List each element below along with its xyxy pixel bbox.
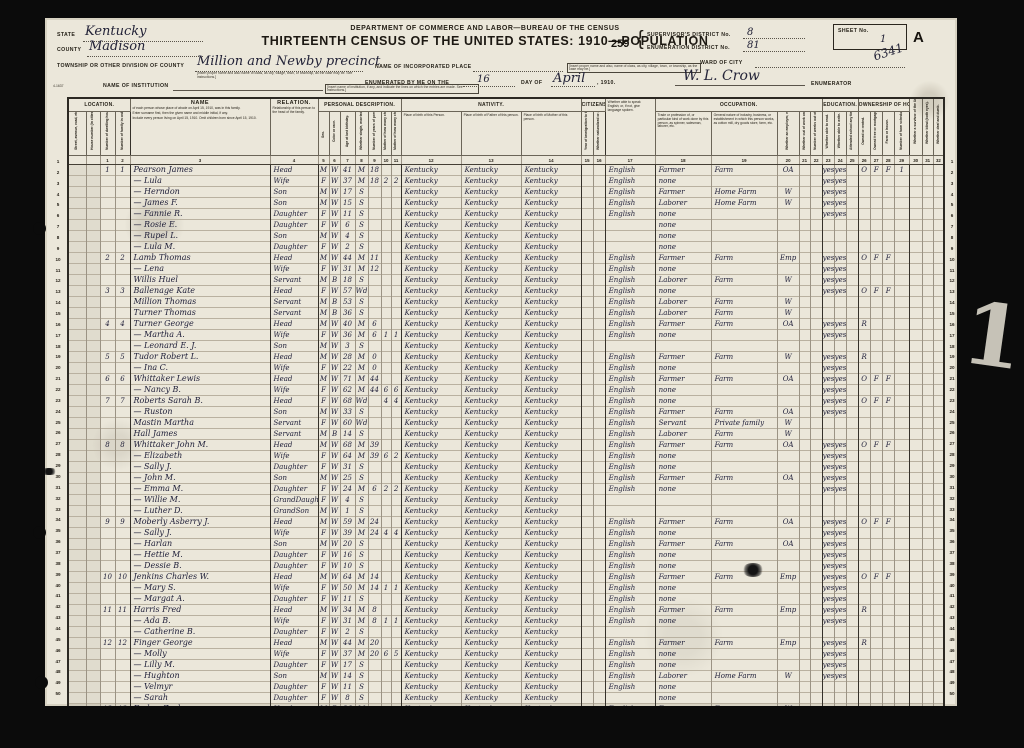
column-number: 22 — [810, 156, 822, 165]
cell-out — [799, 682, 810, 693]
cell-emp: W — [777, 275, 799, 286]
cell-age: 31 — [340, 462, 355, 473]
cell-eng: English — [605, 187, 655, 198]
cell-house — [86, 462, 100, 473]
cell-pom: Kentucky — [521, 704, 581, 707]
line-number: 33 — [51, 505, 65, 516]
cell-read: yes — [822, 561, 834, 572]
cell-sex: M — [318, 297, 329, 308]
cell-col: W — [329, 506, 340, 517]
cell-street — [68, 209, 86, 220]
cell-street — [68, 605, 86, 616]
cell-yrs: 20 — [368, 649, 381, 660]
cell-mar: S — [355, 506, 368, 517]
cell-ind — [711, 396, 777, 407]
table-row: 1212Finger GeorgeHeadMW44M20KentuckyKent… — [68, 638, 944, 649]
cell-sch — [846, 352, 858, 363]
cell-rel: Son — [270, 198, 318, 209]
cell-rel: Servant — [270, 308, 318, 319]
cell-vet — [909, 594, 922, 605]
cell-wk — [810, 561, 822, 572]
cell-fam — [115, 209, 130, 220]
cell-rel: Wife — [270, 649, 318, 660]
line-number: 44 — [945, 624, 957, 635]
cell-farm — [882, 385, 894, 396]
cell-street — [68, 253, 86, 264]
table-row: — Fannie R.DaughterFW11SKentuckyKentucky… — [68, 209, 944, 220]
column-number: 28 — [882, 156, 894, 165]
cell-pof: Kentucky — [461, 319, 521, 330]
cell-imm — [581, 451, 593, 462]
cell-wk — [810, 374, 822, 385]
cell-cl — [391, 275, 401, 286]
cell-own — [858, 649, 870, 660]
cell-yrs — [368, 594, 381, 605]
cell-pof: Kentucky — [461, 352, 521, 363]
cell-age: 2 — [340, 242, 355, 253]
column-header-farm-schedule: Number of farm schedule. — [894, 112, 909, 156]
cell-name: Tudor Robert L. — [130, 352, 270, 363]
cell-emp — [777, 550, 799, 561]
column-header-blind: Whether blind (both eyes). — [922, 98, 933, 156]
cell-wk — [810, 594, 822, 605]
cell-mar: S — [355, 462, 368, 473]
cell-write: yes — [834, 374, 846, 385]
cell-read — [822, 297, 834, 308]
cell-cb: 2 — [381, 176, 391, 187]
cell-read: yes — [822, 572, 834, 583]
cell-nat — [593, 297, 605, 308]
column-header-children-born: Mother of how many children: Number born… — [381, 112, 391, 156]
line-number: 32 — [945, 494, 957, 505]
line-number: 6 — [51, 211, 65, 222]
cell-own: O — [858, 440, 870, 451]
cell-sch — [846, 374, 858, 385]
cell-cl: 2 — [391, 176, 401, 187]
cell-write: yes — [834, 209, 846, 220]
cell-eng: English — [605, 297, 655, 308]
cell-ind — [711, 693, 777, 704]
cell-eng: English — [605, 583, 655, 594]
cell-vet — [909, 572, 922, 583]
cell-farm — [882, 693, 894, 704]
cell-yrs: 11 — [368, 253, 381, 264]
table-row: 22Lamb ThomasHeadMW44M11KentuckyKentucky… — [68, 253, 944, 264]
cell-sex: F — [318, 561, 329, 572]
cell-free — [870, 484, 882, 495]
cell-yrs — [368, 407, 381, 418]
cell-eng: English — [605, 473, 655, 484]
cell-ind: Farm — [711, 407, 777, 418]
cell-eng: English — [605, 605, 655, 616]
column-number: 2 — [115, 156, 130, 165]
line-number: 16 — [51, 320, 65, 331]
cell-ind — [711, 528, 777, 539]
cell-col: W — [329, 319, 340, 330]
cell-sch — [846, 264, 858, 275]
township-fineprint: [Insert proper name and also name of cla… — [197, 72, 367, 79]
cell-cl — [391, 319, 401, 330]
cell-street — [68, 330, 86, 341]
cell-rel: Daughter — [270, 627, 318, 638]
cell-rel: Daughter — [270, 682, 318, 693]
cell-ind — [711, 286, 777, 297]
cell-pom: Kentucky — [521, 187, 581, 198]
cell-cb — [381, 429, 391, 440]
cell-wk — [810, 451, 822, 462]
cell-ind: Farm — [711, 704, 777, 707]
cell-own — [858, 550, 870, 561]
cell-pof: Kentucky — [461, 308, 521, 319]
column-header-write: Whether able to write. — [834, 112, 846, 156]
cell-farm — [882, 330, 894, 341]
cell-age: 68 — [340, 440, 355, 451]
cell-house — [86, 627, 100, 638]
cell-cb — [381, 198, 391, 209]
table-row: — Sally J.DaughterFW31SKentuckyKentuckyK… — [68, 462, 944, 473]
cell-vet — [909, 209, 922, 220]
cell-eng: English — [605, 165, 655, 176]
cell-deaf — [933, 550, 944, 561]
cell-vet — [909, 671, 922, 682]
cell-age: 59 — [340, 517, 355, 528]
cell-free — [870, 473, 882, 484]
department-line: DEPARTMENT OF COMMERCE AND LABOR—BUREAU … — [295, 25, 675, 32]
cell-blind — [922, 374, 933, 385]
column-number: 14 — [521, 156, 581, 165]
cell-pof: Kentucky — [461, 407, 521, 418]
cell-free — [870, 660, 882, 671]
cell-deaf — [933, 660, 944, 671]
cell-occ: none — [655, 660, 711, 671]
cell-deaf — [933, 165, 944, 176]
cell-write — [834, 418, 846, 429]
cell-rel: Wife — [270, 451, 318, 462]
cell-write — [834, 242, 846, 253]
cell-out — [799, 671, 810, 682]
cell-nat — [593, 264, 605, 275]
cell-pof: Kentucky — [461, 660, 521, 671]
cell-sex: F — [318, 462, 329, 473]
cell-pof: Kentucky — [461, 253, 521, 264]
line-number: 45 — [945, 635, 957, 646]
cell-pof: Kentucky — [461, 550, 521, 561]
cell-wk — [810, 495, 822, 506]
cell-farm — [882, 462, 894, 473]
cell-blind — [922, 319, 933, 330]
cell-nat — [593, 704, 605, 707]
cell-imm — [581, 627, 593, 638]
cell-vet — [909, 407, 922, 418]
cell-pom: Kentucky — [521, 484, 581, 495]
cell-deaf — [933, 319, 944, 330]
cell-deaf — [933, 187, 944, 198]
cell-blind — [922, 605, 933, 616]
cell-nat — [593, 605, 605, 616]
cell-pob: Kentucky — [401, 165, 461, 176]
cell-yrs: 14 — [368, 583, 381, 594]
cell-write — [834, 682, 846, 693]
line-number: 32 — [51, 494, 65, 505]
cell-deaf — [933, 484, 944, 495]
cell-pof: Kentucky — [461, 605, 521, 616]
cell-emp — [777, 286, 799, 297]
cell-yrs — [368, 209, 381, 220]
cell-pob: Kentucky — [401, 638, 461, 649]
cell-imm — [581, 484, 593, 495]
cell-occ: Laborer — [655, 297, 711, 308]
cell-pom: Kentucky — [521, 440, 581, 451]
cell-age: 8 — [340, 693, 355, 704]
cell-out — [799, 473, 810, 484]
cell-sch — [846, 209, 858, 220]
table-row: — Rupel L.SonMW4SKentuckyKentuckyKentuck… — [68, 231, 944, 242]
cell-col: W — [329, 517, 340, 528]
cell-ind — [711, 385, 777, 396]
cell-sched — [894, 495, 909, 506]
cell-pof: Kentucky — [461, 330, 521, 341]
cell-sched — [894, 429, 909, 440]
cell-wk — [810, 418, 822, 429]
cell-sex: M — [318, 308, 329, 319]
line-number: 40 — [51, 581, 65, 592]
cell-pof: Kentucky — [461, 264, 521, 275]
ink-smudge — [742, 563, 764, 577]
cell-nat — [593, 275, 605, 286]
cell-own — [858, 451, 870, 462]
cell-emp: W — [777, 187, 799, 198]
cell-ind — [711, 616, 777, 627]
column-header-veteran: Whether a survivor of the Union or Confe… — [909, 98, 922, 156]
cell-fam: 1 — [115, 165, 130, 176]
cell-age: 11 — [340, 594, 355, 605]
cell-pom: Kentucky — [521, 495, 581, 506]
cell-imm — [581, 517, 593, 528]
cell-pom: Kentucky — [521, 517, 581, 528]
cell-own — [858, 495, 870, 506]
cell-free — [870, 462, 882, 473]
hole-punch — [33, 526, 46, 539]
cell-fam: 11 — [115, 605, 130, 616]
cell-occ: none — [655, 594, 711, 605]
cell-own — [858, 627, 870, 638]
cell-farm — [882, 682, 894, 693]
cell-street — [68, 517, 86, 528]
cell-dw — [100, 550, 115, 561]
column-number: 4 — [270, 156, 318, 165]
cell-free — [870, 539, 882, 550]
state-value: Kentucky — [85, 24, 147, 39]
table-row: 55Tudor Robert L.HeadMW28M0KentuckyKentu… — [68, 352, 944, 363]
line-number: 17 — [945, 331, 957, 342]
cell-nat — [593, 583, 605, 594]
ward-label: WARD OF CITY — [700, 60, 743, 66]
cell-imm — [581, 605, 593, 616]
cell-cb: 4 — [381, 528, 391, 539]
cell-own — [858, 473, 870, 484]
cell-deaf — [933, 407, 944, 418]
cell-read: yes — [822, 286, 834, 297]
group-ownership-of-home: OWNERSHIP OF HOME. — [858, 98, 909, 112]
cell-vet — [909, 429, 922, 440]
cell-imm — [581, 539, 593, 550]
cell-own — [858, 363, 870, 374]
column-header-free-mortgaged: Owned free or mortgaged. — [870, 112, 882, 156]
cell-blind — [922, 671, 933, 682]
cell-street — [68, 374, 86, 385]
cell-pom: Kentucky — [521, 363, 581, 374]
cell-write — [834, 495, 846, 506]
cell-yrs — [368, 242, 381, 253]
institution-label: NAME OF INSTITUTION — [103, 83, 169, 89]
cell-street — [68, 407, 86, 418]
cell-blind — [922, 627, 933, 638]
cell-vet — [909, 275, 922, 286]
cell-free — [870, 385, 882, 396]
cell-write: yes — [834, 616, 846, 627]
cell-eng — [605, 242, 655, 253]
cell-write: yes — [834, 550, 846, 561]
cell-yrs — [368, 627, 381, 638]
cell-nat — [593, 682, 605, 693]
enumerator-label: ENUMERATOR — [811, 81, 852, 87]
cell-write: yes — [834, 176, 846, 187]
cell-yrs — [368, 275, 381, 286]
cell-yrs: 18 — [368, 176, 381, 187]
cell-sex: F — [318, 451, 329, 462]
cell-name: — James F. — [130, 198, 270, 209]
cell-read — [822, 495, 834, 506]
cell-pob: Kentucky — [401, 484, 461, 495]
cell-vet — [909, 616, 922, 627]
line-number: 24 — [945, 407, 957, 418]
cell-write: yes — [834, 264, 846, 275]
cell-cl: 1 — [391, 330, 401, 341]
cell-rel: Head — [270, 352, 318, 363]
cell-street — [68, 682, 86, 693]
cell-pob: Kentucky — [401, 418, 461, 429]
cell-pom: Kentucky — [521, 550, 581, 561]
cell-deaf — [933, 253, 944, 264]
cell-imm — [581, 682, 593, 693]
cell-out — [799, 352, 810, 363]
cell-rel: Wife — [270, 330, 318, 341]
cell-own: R — [858, 352, 870, 363]
cell-dw — [100, 495, 115, 506]
cell-dw — [100, 451, 115, 462]
group-location: LOCATION. — [68, 98, 130, 112]
line-number: 5 — [945, 200, 957, 211]
cell-nat — [593, 594, 605, 605]
group-nativity: NATIVITY. — [401, 98, 581, 112]
cell-rel: Head — [270, 638, 318, 649]
cell-emp — [777, 209, 799, 220]
cell-deaf — [933, 616, 944, 627]
cell-house — [86, 374, 100, 385]
cell-mar: M — [355, 583, 368, 594]
ink-mark — [45, 468, 57, 475]
cell-wk — [810, 660, 822, 671]
cell-deaf — [933, 418, 944, 429]
cell-yrs: 12 — [368, 264, 381, 275]
cell-age: 16 — [340, 550, 355, 561]
cell-farm — [882, 495, 894, 506]
cell-pom: Kentucky — [521, 671, 581, 682]
cell-street — [68, 484, 86, 495]
cell-street — [68, 176, 86, 187]
cell-read: yes — [822, 253, 834, 264]
cell-cb — [381, 660, 391, 671]
cell-pom: Kentucky — [521, 319, 581, 330]
cell-occ: none — [655, 396, 711, 407]
table-row: — Mary S.WifeFW50M1411KentuckyKentuckyKe… — [68, 583, 944, 594]
cell-yrs — [368, 418, 381, 429]
line-number: 42 — [51, 602, 65, 613]
cell-occ: none — [655, 363, 711, 374]
cell-free — [870, 264, 882, 275]
cell-nat — [593, 638, 605, 649]
cell-sch — [846, 627, 858, 638]
cell-blind — [922, 462, 933, 473]
table-row: 99Moberly Asberry J.HeadMW59M24KentuckyK… — [68, 517, 944, 528]
cell-house — [86, 319, 100, 330]
line-number: 13 — [945, 287, 957, 298]
cell-sched — [894, 319, 909, 330]
cell-fam — [115, 220, 130, 231]
cell-imm — [581, 165, 593, 176]
cell-cl — [391, 418, 401, 429]
line-number: 24 — [51, 407, 65, 418]
cell-col: W — [329, 374, 340, 385]
cell-cl — [391, 627, 401, 638]
cell-sex: M — [318, 572, 329, 583]
cell-ind: Farm — [711, 638, 777, 649]
cell-read: yes — [822, 616, 834, 627]
column-header-street: Street, avenue, road, etc. — [68, 112, 86, 156]
cell-out — [799, 429, 810, 440]
column-number: 11 — [391, 156, 401, 165]
cell-out — [799, 638, 810, 649]
cell-col: W — [329, 451, 340, 462]
cell-dw — [100, 649, 115, 660]
cell-fam: 4 — [115, 319, 130, 330]
cell-write: yes — [834, 407, 846, 418]
cell-pom: Kentucky — [521, 352, 581, 363]
cell-cl — [391, 660, 401, 671]
cell-pob: Kentucky — [401, 220, 461, 231]
cell-cl — [391, 682, 401, 693]
cell-own — [858, 594, 870, 605]
cell-name: — Catherine B. — [130, 627, 270, 638]
cell-street — [68, 693, 86, 704]
line-number: 34 — [51, 515, 65, 526]
cell-out — [799, 396, 810, 407]
cell-cl — [391, 242, 401, 253]
cell-rel: Head — [270, 319, 318, 330]
cell-farm — [882, 231, 894, 242]
cell-free — [870, 594, 882, 605]
cell-nat — [593, 330, 605, 341]
cell-mar: S — [355, 473, 368, 484]
cell-mar: S — [355, 660, 368, 671]
column-header-family-number: Number of family in order of visitation. — [115, 112, 130, 156]
cell-pof: Kentucky — [461, 693, 521, 704]
cell-fam — [115, 627, 130, 638]
cell-sch — [846, 462, 858, 473]
cell-dw — [100, 297, 115, 308]
cell-name: — Herndon — [130, 187, 270, 198]
cell-pof: Kentucky — [461, 396, 521, 407]
